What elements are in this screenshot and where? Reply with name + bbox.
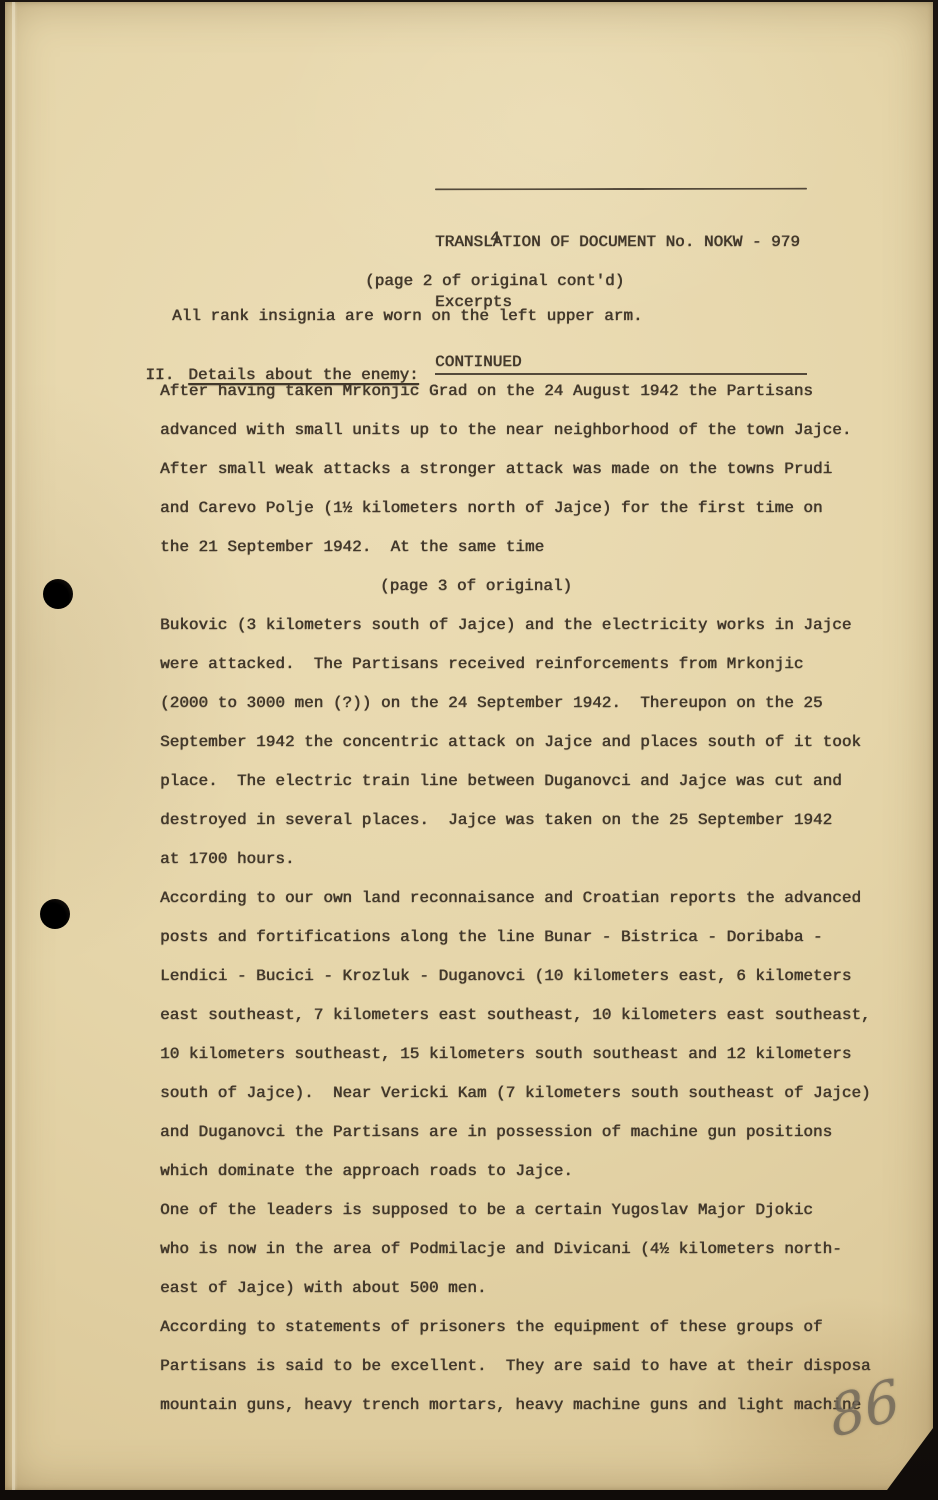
document-line: Partisans is said to be excellent. They …	[160, 1347, 905, 1386]
document-line: south of Jajce). Near Vericki Kam (7 kil…	[160, 1074, 905, 1113]
document-line: After small weak attacks a stronger atta…	[160, 450, 905, 489]
document-line: who is now in the area of Podmilacje and…	[160, 1230, 905, 1269]
scanned-document-screenshot: { "doc": { "header": { "title": "TRANSLA…	[0, 0, 938, 1500]
document-line: east southeast, 7 kilometers east southe…	[160, 996, 905, 1035]
document-line: 10 kilometers southeast, 15 kilometers s…	[160, 1035, 905, 1074]
document-line: which dominate the approach roads to Jaj…	[160, 1152, 905, 1191]
document-line: at 1700 hours.	[160, 840, 905, 879]
document-line: Bukovic (3 kilometers south of Jajce) an…	[160, 606, 905, 645]
document-page: TRANSLATION OF DOCUMENT No. NOKW - 979 E…	[5, 2, 933, 1490]
document-line: After having taken Mrkonjic Grad on the …	[160, 372, 905, 411]
header-top-rule	[435, 188, 807, 191]
document-line: advanced with small units up to the near…	[160, 411, 905, 450]
punch-hole-icon	[43, 579, 73, 609]
document-line: were attacked. The Partisans received re…	[160, 645, 905, 684]
document-line: (2000 to 3000 men (?)) on the 24 Septemb…	[160, 684, 905, 723]
document-line: According to our own land reconnaisance …	[160, 879, 905, 918]
document-body: After having taken Mrkonjic Grad on the …	[160, 372, 905, 1425]
intro-line: All rank insignia are worn on the left u…	[172, 306, 642, 326]
document-line: One of the leaders is supposed to be a c…	[160, 1191, 905, 1230]
document-line: September 1942 the concentric attack on …	[160, 723, 905, 762]
document-line: place. The electric train line between D…	[160, 762, 905, 801]
original-page-3-note: (page 3 of original)	[160, 567, 905, 606]
document-line: According to statements of prisoners the…	[160, 1308, 905, 1347]
document-line: posts and fortifications along the line …	[160, 918, 905, 957]
document-line: east of Jajce) with about 500 men.	[160, 1269, 905, 1308]
page-number: 4	[490, 228, 500, 248]
document-line: destroyed in several places. Jajce was t…	[160, 801, 905, 840]
original-page-2-note: (page 2 of original cont'd)	[365, 271, 624, 291]
document-line: and Carevo Polje (1½ kilometers north of…	[160, 489, 905, 528]
document-line: Lendici - Bucici - Krozluk - Duganovci (…	[160, 957, 905, 996]
paper-fold-line	[12, 2, 15, 1490]
punch-hole-icon	[40, 899, 70, 929]
document-line: and Duganovci the Partisans are in posse…	[160, 1113, 905, 1152]
document-line: mountain guns, heavy trench mortars, hea…	[160, 1386, 905, 1425]
document-line: the 21 September 1942. At the same time	[160, 528, 905, 567]
